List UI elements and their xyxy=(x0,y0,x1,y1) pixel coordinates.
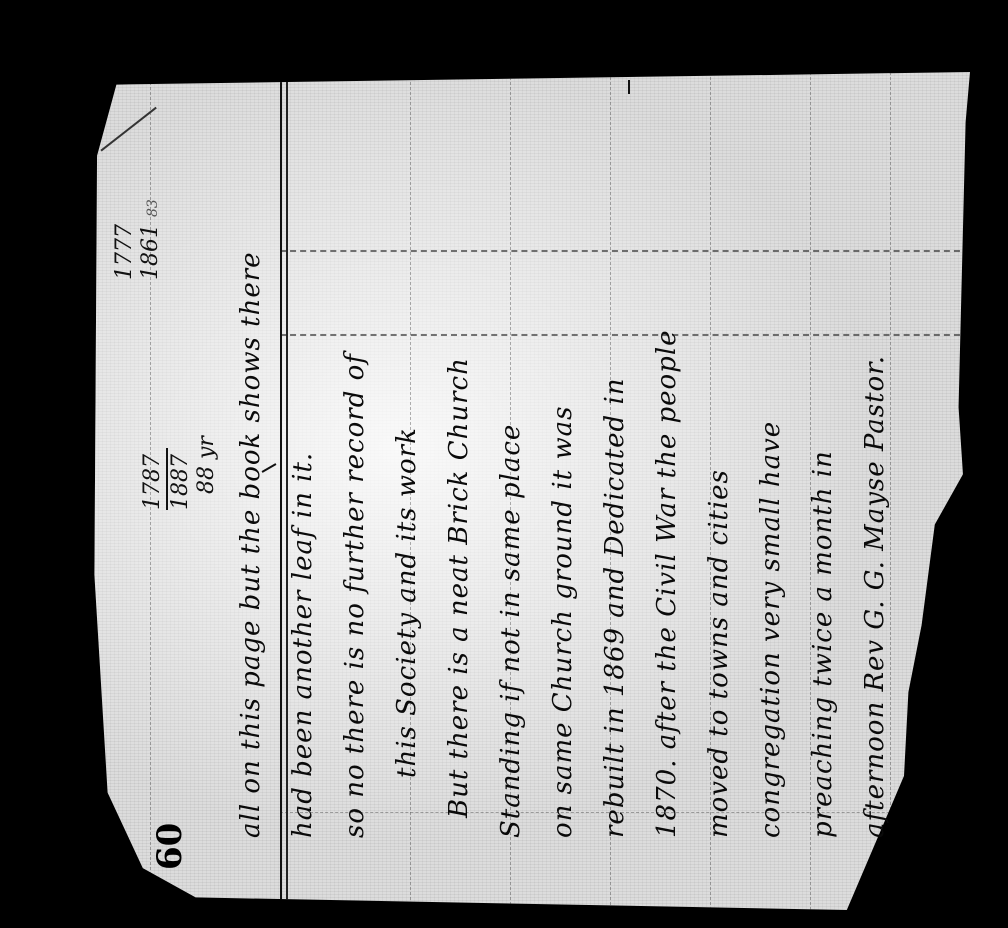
text-line: all on this page but the book shows ther… xyxy=(225,18,277,838)
text-line: congregation very small have xyxy=(745,18,797,838)
ink-mark xyxy=(628,80,630,94)
text-line: this Society and its work xyxy=(381,18,433,838)
margin-note-result: 83 xyxy=(145,199,161,217)
text-line: moved to towns and cities xyxy=(693,18,745,838)
text-line: so no there is no further record of xyxy=(329,18,381,838)
text-line: rebuilt in 1869 and Dedicated in xyxy=(589,18,641,838)
margin-note-upper: 1777 1861 83 xyxy=(112,199,166,280)
margin-note-line: 1861 xyxy=(138,224,163,280)
margin-note-line: 1787 xyxy=(140,454,165,510)
page-number: 60 xyxy=(150,823,190,870)
text-line: preaching twice a month in xyxy=(797,18,849,838)
text-line: Standing if not in same place xyxy=(485,18,537,838)
margin-note-line: 1777 xyxy=(112,224,137,280)
text-line: afternoon Rev G. G. Mayse Pastor. xyxy=(849,18,901,838)
text-line: on same Church ground it was xyxy=(537,18,589,838)
handwritten-text: all on this page but the book shows ther… xyxy=(225,18,901,838)
text-line: 1870. after the Civil War the people xyxy=(641,18,693,838)
margin-note-lower: 1787 1887 88 yr xyxy=(140,436,220,510)
text-line: had been another leaf in it. xyxy=(277,18,329,838)
text-line: But there is a neat Brick Church xyxy=(433,18,485,838)
margin-note-result: 88 yr xyxy=(194,436,219,510)
margin-note-line: 1887 xyxy=(166,448,194,510)
